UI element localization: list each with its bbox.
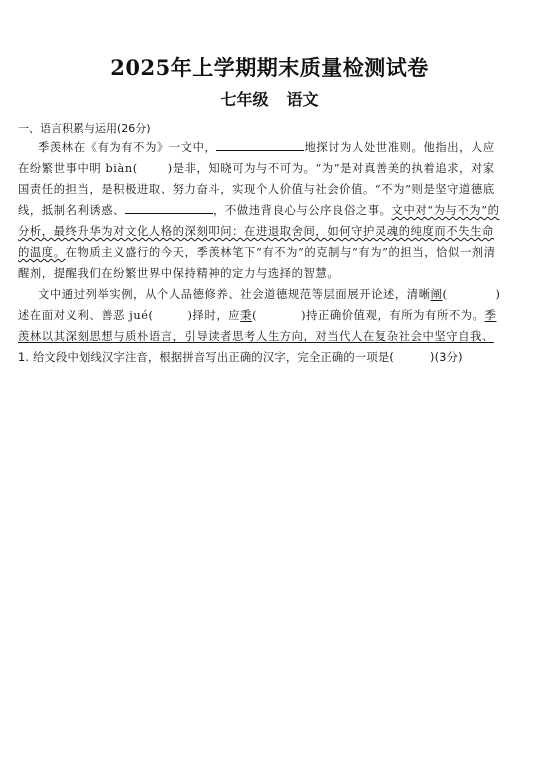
exam-subtitle: 七年级语文 [0,87,539,110]
exam-title: 2025年上学期期末质量检测试卷 [0,52,539,82]
section-heading: 一、语言积累与运用(26分) [18,120,151,136]
para1-line3: 国责任的担当，是积极进取、努力奋斗，实现个人价值与社会价值。“不为”则是坚守道德… [18,180,490,200]
para1-line7: 醒剂，提醒我们在纷繁世界中保持精神的定力与选择的智慧。 [18,264,490,284]
para2-line3: 羡林以其深刻思想与质朴语言，引导读者思考人生方向，对当代人在复杂社会中坚守自我、 [18,327,490,347]
exam-page: 2025年上学期期末质量检测试卷 七年级语文 一、语言积累与运用(26分) 季羡… [0,0,539,782]
para1-line6: 的温度。在物质主义盛行的今天，季羡林笔下“有不为”的克制与“有为”的担当，恰似一… [18,243,490,263]
para1-line4: 线，抵制名利诱惑、，不做违背良心与公序良俗之事。文中对“为与不为”的 [18,201,490,221]
fill-blank-1[interactable] [216,138,304,151]
underlined-char-chan: 阐 [431,288,443,301]
para1-line5: 分析，最终升华为对文化人格的深刻叩问：在进退取舍间，如何守护灵魂的纯度而不失生命 [18,222,490,242]
para2-line2: 述在面对义利、善恶 jué()择时，应秉()持正确价值观，有所为有所不为。季 [18,306,490,326]
para1-line1: 季羡林在《有为有不为》一文中，地探讨为人处世准则。他指出，人应 [38,138,490,158]
grade-label: 七年级 [220,90,268,109]
underlined-char-bing: 秉 [240,309,252,322]
question-1-stem: 1. 给文段中划线汉字注音，根据拼音写出正确的汉字，完全正确的一项是()(3分) [18,348,463,368]
wavy-underlined-text: 文中对“为与不为”的 [392,204,500,217]
para2-line1: 文中通过列举实例，从个人品德修养、社会道德规范等层面展开论述，清晰阐() [38,285,490,305]
subject-label: 语文 [287,90,319,109]
fill-blank-2[interactable] [125,201,213,214]
para1-line2: 在纷繁世事中明 biàn()是非，知晓可为与不可为。“为”是对真善美的执着追求，… [18,159,490,179]
